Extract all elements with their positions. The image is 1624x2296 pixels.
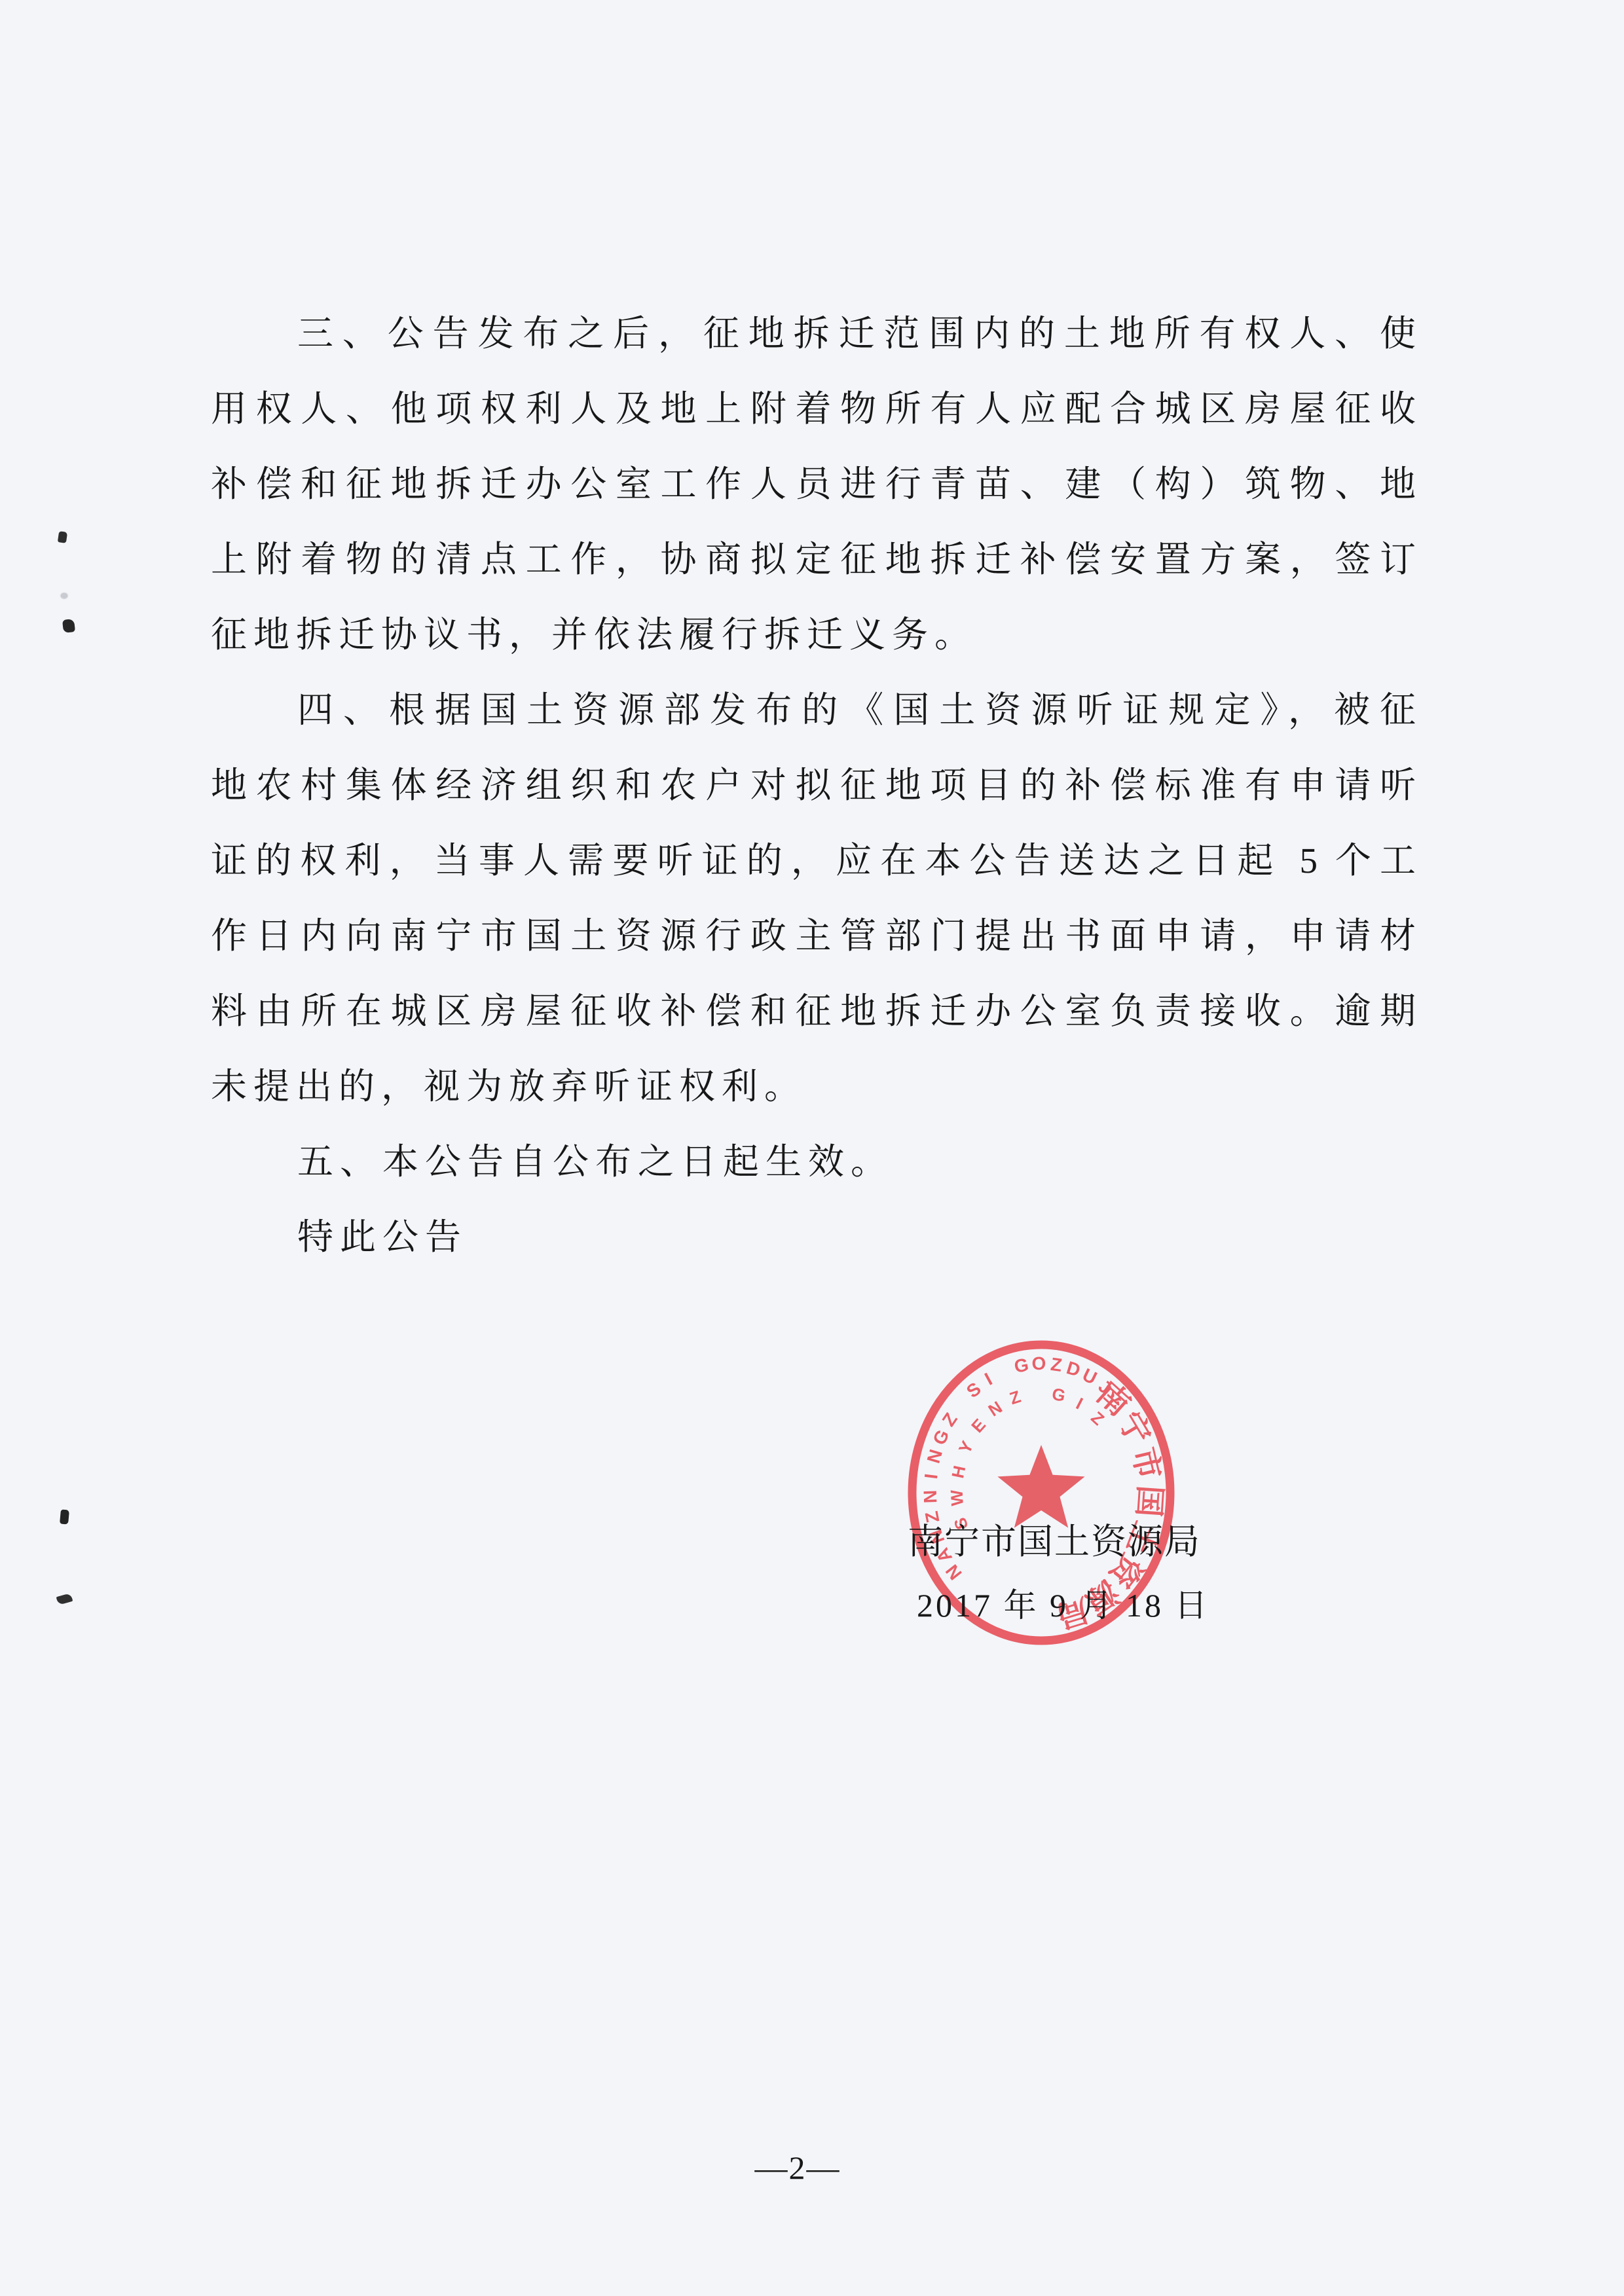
svg-text:D: D [1064,1357,1082,1381]
svg-text:H: H [948,1464,969,1480]
svg-text:I: I [921,1472,942,1480]
svg-text:W: W [947,1489,967,1506]
svg-text:I: I [982,1369,996,1389]
svg-text:N: N [923,1447,946,1465]
signature-organization: 南宁市国土资源局 [908,1514,1201,1564]
scan-artifact [56,1593,73,1605]
svg-text:N: N [985,1397,1006,1420]
body-line: 四、根据国土资源部发布的《国土资源听证规定》，被征 [211,672,1416,748]
svg-text:E: E [967,1415,989,1436]
svg-text:S: S [963,1378,985,1402]
body-line: 五、本公告自公布之日起生效。 [211,1124,1416,1199]
svg-text:G: G [929,1427,953,1448]
body-line: 补偿和征地拆迁办公室工作人员进行青苗、建（构）筑物、地 [211,446,1416,522]
body-line: 用权人、他项权利人及地上附着物所有人应配合城区房屋征收 [211,371,1416,446]
scan-artifact [58,531,67,543]
scan-artifact [61,593,67,598]
svg-text:G: G [1050,1384,1067,1406]
svg-text:Y: Y [955,1438,978,1457]
signature-date: 2017 年 9 月 18 日 [917,1579,1210,1626]
svg-text:N: N [920,1489,941,1503]
scan-artifact [60,1509,69,1524]
body-line: 上附着物的清点工作，协商拟定征地拆迁补偿安置方案，签订 [211,522,1416,597]
svg-text:Z: Z [938,1410,961,1430]
svg-text:I: I [1073,1394,1086,1413]
svg-text:Z: Z [1050,1354,1063,1376]
scan-artifact [62,619,75,633]
svg-text:G: G [1012,1354,1030,1376]
body-line: 未提出的，视为放弃听证权利。 [211,1049,1416,1124]
svg-text:市: 市 [1126,1444,1167,1483]
page-number: —2— [686,2149,909,2187]
svg-text:U: U [1079,1364,1100,1389]
announcement-body: 三、公告发布之后，征地拆迁范围内的土地所有权人、使 用权人、他项权利人及地上附着… [211,296,1416,1275]
body-line: 特此公告 [211,1199,1416,1275]
body-line: 三、公告发布之后，征地拆迁范围内的土地所有权人、使 [211,296,1416,371]
body-line: 征地拆迁协议书，并依法履行拆迁义务。 [211,597,1416,672]
body-line: 地农村集体经济组织和农户对拟征地项目的补偿标准有申请听 [211,748,1416,823]
body-line: 作日内向南宁市国土资源行政主管部门提出书面申请，申请材 [211,898,1416,974]
document-page: 三、公告发布之后，征地拆迁范围内的土地所有权人、使 用权人、他项权利人及地上附着… [0,0,1624,2296]
svg-text:Z: Z [1007,1387,1023,1408]
body-line: 证的权利，当事人需要听证的，应在本公告送达之日起 5 个工 [211,823,1416,898]
svg-text:O: O [1031,1353,1046,1374]
svg-text:国: 国 [1130,1484,1167,1518]
body-line: 料由所在城区房屋征收补偿和征地拆迁办公室负责接收。逾期 [211,974,1416,1049]
